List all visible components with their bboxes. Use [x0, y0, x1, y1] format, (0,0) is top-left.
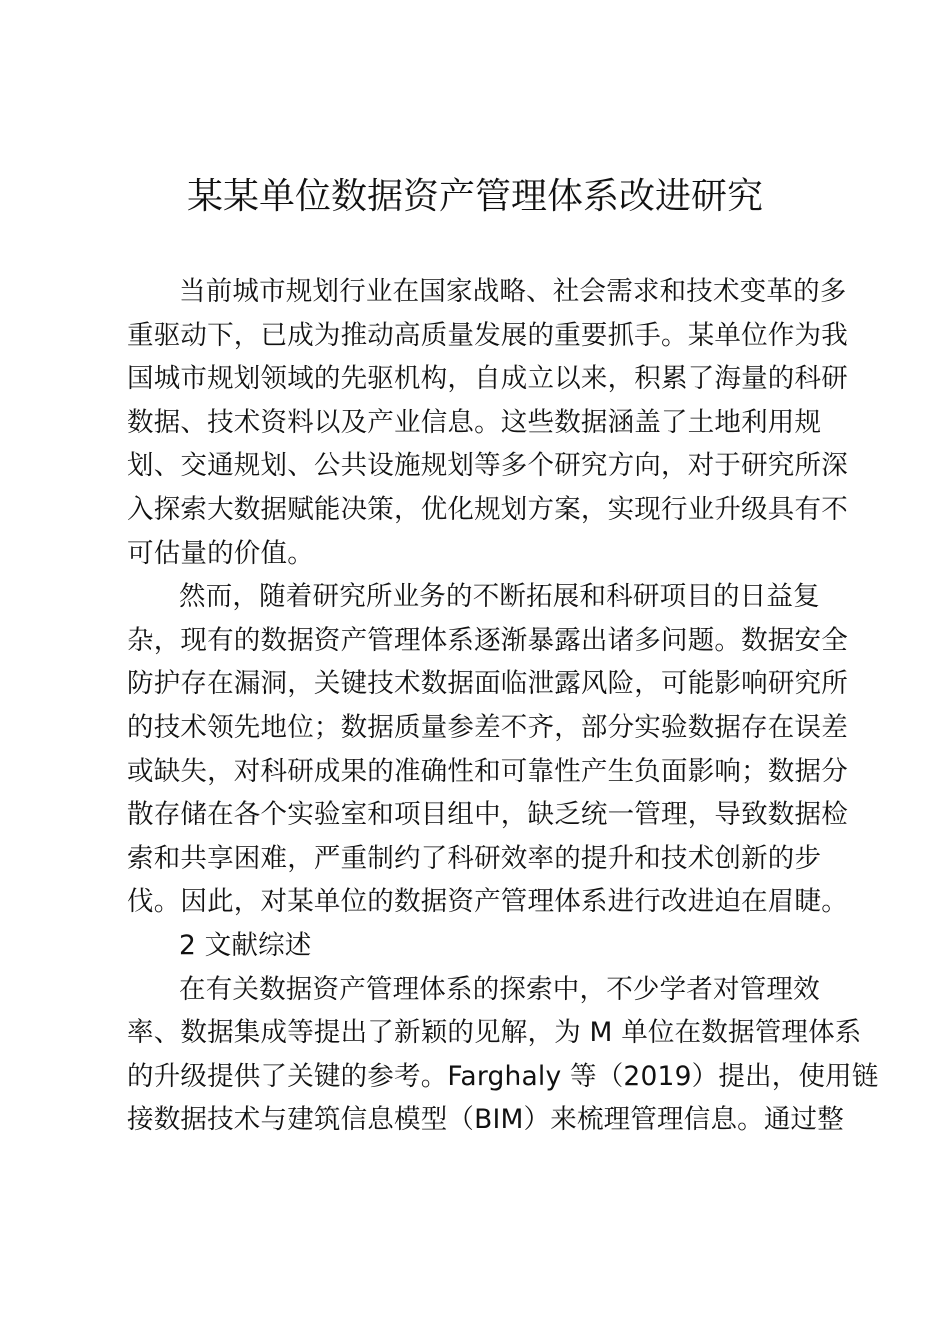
document-page: 某某单位数据资产管理体系改进研究 当前城市规划行业在国家战略、社会需求和技术变革… [0, 0, 950, 1344]
text-line: 然而，随着研究所业务的不断拓展和科研项目的日益复 [127, 575, 837, 619]
text-line: 的升级提供了关键的参考。Farghaly 等（2019）提出，使用链 [127, 1055, 837, 1099]
text-line: 接数据技术与建筑信息模型（BIM）来梳理管理信息。通过整 [127, 1098, 837, 1142]
text-line: 防护存在漏洞，关键技术数据面临泄露风险，可能影响研究所 [127, 662, 837, 706]
text-line: 国城市规划领域的先驱机构，自成立以来，积累了海量的科研 [127, 357, 837, 401]
text-line: 索和共享困难，严重制约了科研效率的提升和技术创新的步 [127, 837, 837, 881]
paragraph-literature: 在有关数据资产管理体系的探索中，不少学者对管理效 率、数据集成等提出了新颖的见解… [127, 968, 837, 1142]
text-line: 重驱动下，已成为推动高质量发展的重要抓手。某单位作为我 [127, 314, 837, 358]
text-line: 当前城市规划行业在国家战略、社会需求和技术变革的多 [127, 270, 837, 314]
section-heading-literature-review: 2 文献综述 [127, 924, 837, 968]
text-line: 散存储在各个实验室和项目组中，缺乏统一管理，导致数据检 [127, 793, 837, 837]
text-line: 的技术领先地位；数据质量参差不齐，部分实验数据存在误差 [127, 706, 837, 750]
text-line: 数据、技术资料以及产业信息。这些数据涵盖了土地利用规 [127, 401, 837, 445]
text-line: 或缺失，对科研成果的准确性和可靠性产生负面影响；数据分 [127, 750, 837, 794]
text-line: 在有关数据资产管理体系的探索中，不少学者对管理效 [127, 968, 837, 1012]
text-line: 划、交通规划、公共设施规划等多个研究方向，对于研究所深 [127, 444, 837, 488]
text-line: 可估量的价值。 [127, 532, 837, 576]
section-heading: 2 文献综述 [127, 924, 837, 968]
paragraph-intro: 当前城市规划行业在国家战略、社会需求和技术变革的多 重驱动下，已成为推动高质量发… [127, 270, 837, 575]
document-body: 当前城市规划行业在国家战略、社会需求和技术变革的多 重驱动下，已成为推动高质量发… [127, 270, 837, 1142]
text-line: 入探索大数据赋能决策，优化规划方案，实现行业升级具有不 [127, 488, 837, 532]
text-line: 率、数据集成等提出了新颖的见解，为 M 单位在数据管理体系 [127, 1011, 837, 1055]
document-title: 某某单位数据资产管理体系改进研究 [0, 172, 950, 222]
paragraph-problems: 然而，随着研究所业务的不断拓展和科研项目的日益复 杂，现有的数据资产管理体系逐渐… [127, 575, 837, 924]
text-line: 杂，现有的数据资产管理体系逐渐暴露出诸多问题。数据安全 [127, 619, 837, 663]
text-line: 伐。因此，对某单位的数据资产管理体系进行改进迫在眉睫。 [127, 880, 837, 924]
